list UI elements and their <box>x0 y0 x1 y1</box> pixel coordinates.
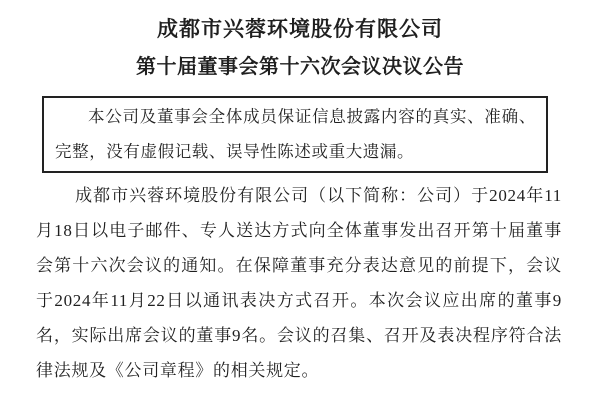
disclaimer-box: 本公司及董事会全体成员保证信息披露内容的真实、准确、完整，没有虚假记载、误导性陈… <box>42 96 548 173</box>
disclaimer-text: 本公司及董事会全体成员保证信息披露内容的真实、准确、完整，没有虚假记载、误导性陈… <box>44 98 546 169</box>
company-name-title: 成都市兴蓉环境股份有限公司 <box>0 16 600 42</box>
announcement-title: 第十届董事会第十六次会议决议公告 <box>0 54 600 80</box>
meeting-notice-paragraph: 成都市兴蓉环境股份有限公司（以下简称：公司）于2024年11月18日以电子邮件、… <box>36 178 562 388</box>
announcement-document: 成都市兴蓉环境股份有限公司 第十届董事会第十六次会议决议公告 本公司及董事会全体… <box>0 0 600 400</box>
